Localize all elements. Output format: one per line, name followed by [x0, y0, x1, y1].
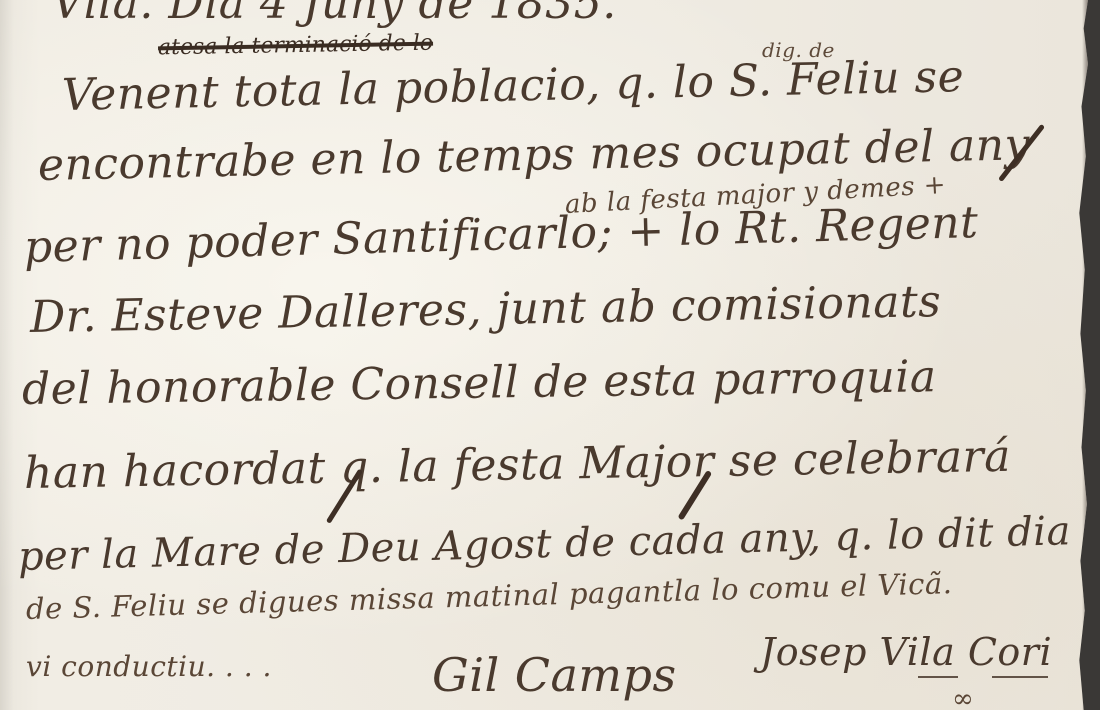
text-line-5: del honorable Consell de esta parroquia	[22, 351, 937, 415]
date-line: Vila. Dia 4 Juny de 1835.	[52, 0, 617, 29]
paper-sheet: Vila. Dia 4 Juny de 1835. atesa la termi…	[0, 0, 1088, 710]
text-line-3: per no poder Santificarlo; + lo Rt. Rege…	[23, 197, 979, 273]
text-line-6: han hacordat q. la festa Major se celebr…	[24, 431, 1012, 499]
signature-underline-2	[992, 676, 1048, 678]
text-line-4: Dr. Esteve Dalleres, junt ab comisionats	[30, 276, 942, 343]
signature-underline-1	[918, 676, 958, 678]
margin-mark: ∞	[952, 684, 974, 710]
text-line-1: Venent tota la poblacio, q. lo S. Feliu …	[61, 51, 964, 121]
manuscript-photo: Vila. Dia 4 Juny de 1835. atesa la termi…	[0, 0, 1100, 710]
signature-josep-vila-cori: Josep Vila Cori	[760, 630, 1052, 674]
signature-gil-camps: Gil Camps	[432, 648, 677, 702]
text-line-9: vi conductiu. . . .	[26, 650, 272, 683]
struck-out-text: atesa la terminació de lo	[158, 31, 433, 61]
